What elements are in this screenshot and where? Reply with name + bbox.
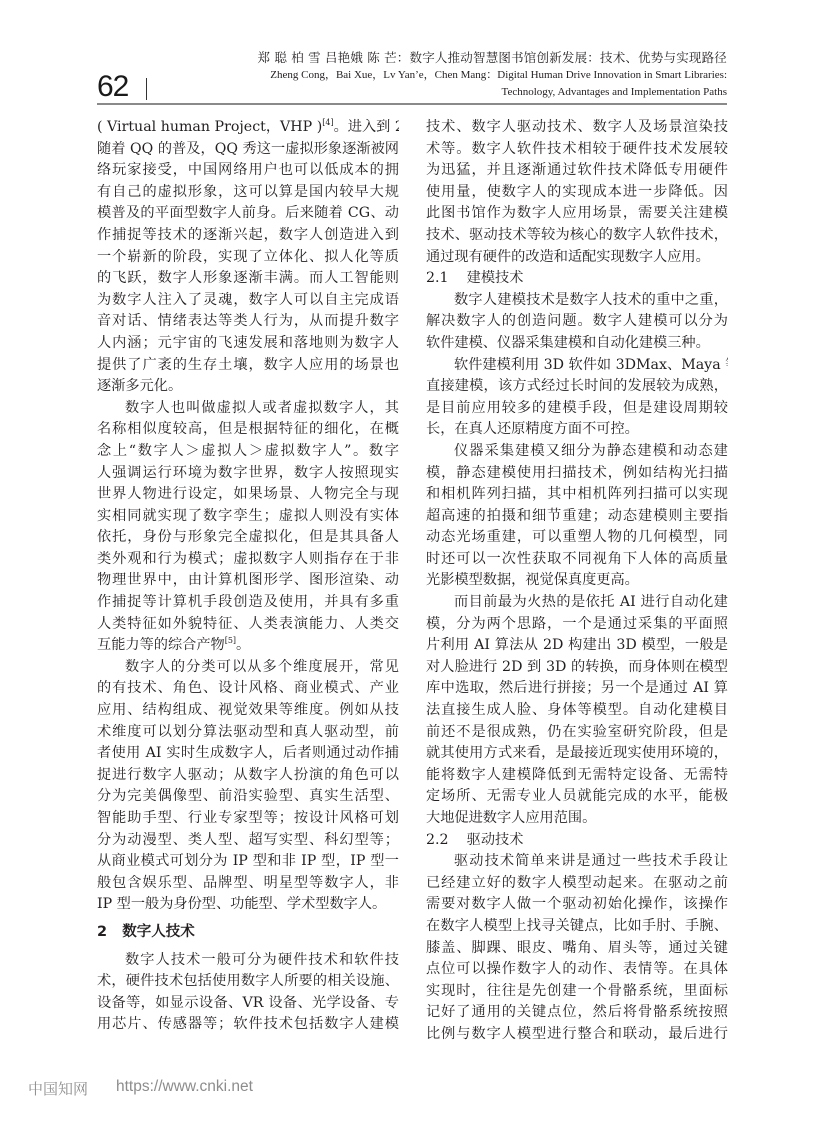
text-line: 为数字人注入了灵魂，数字人可以自主完成语 [97, 290, 399, 312]
text-line: 的飞跃，数字人形象逐渐丰满。而人工智能则 [97, 268, 399, 290]
text-line: 数字人也叫做虚拟人或者虚拟数字人，其 [97, 398, 399, 420]
text-line: 一个崭新的阶段，实现了立体化、拟人化等质 [97, 247, 399, 269]
text-line: 片利用 AI 算法从 2D 构建出 3D 模型，一般是 [426, 635, 728, 657]
text-line: 分为动漫型、类人型、超写实型、科幻型等； [97, 830, 399, 852]
text-line: 是目前应用较多的建模手段，但是建设周期较 [426, 398, 728, 420]
text-line: 实现时，往往是先创建一个骨骼系统，里面标 [426, 981, 728, 1003]
text-line: 念上“数字人＞虚拟人＞虚拟数字人”。数字 [97, 441, 399, 463]
running-header-cn: 郑 聪 柏 雪 吕艳娥 陈 芒：数字人推动智慧图书馆创新发展：技术、优势与实现路… [257, 49, 727, 67]
text-line: 实相同就实现了数字孪生；虚拟人则没有实体 [97, 506, 399, 528]
text-line: 提供了广袤的生存土壤，数字人应用的场景也 [97, 355, 399, 377]
text-line: 记好了通用的关键点位，然后将骨骼系统按照 [426, 1002, 728, 1024]
citation-ref[interactable]: [5] [225, 636, 236, 645]
body-paragraph-1: ( Virtual human Project，VHP )[4]。进入到 21 … [97, 117, 399, 398]
text-line: IP 型一般为身份型、功能型、学术型数字人。 [97, 894, 399, 916]
text-line: 库中选取，然后进行拼接；另一个是通过 AI 算 [426, 678, 728, 700]
body-paragraph-3: 数字人的分类可以从多个维度展开，常见 的有技术、角色、设计风格、商业模式、产业 … [97, 657, 399, 916]
text-line: 数字人技术一般可分为硬件技术和软件技 [97, 950, 399, 972]
text-line: 前还不是很成熟，仍在实验室研究阶段，但是 [426, 722, 728, 744]
right-column: 技术、数字人驱动技术、数字人及场景渲染技 术等。数字人软件技术相较于硬件技术发展… [426, 117, 728, 1046]
citation-ref[interactable]: [4] [322, 118, 333, 127]
footer-url-link[interactable]: https://www.cnki.net [116, 1078, 253, 1096]
page-number-separator [146, 78, 147, 100]
running-header: 郑 聪 柏 雪 吕艳娥 陈 芒：数字人推动智慧图书馆创新发展：技术、优势与实现路… [257, 49, 727, 101]
text-line: 仪器采集建模又细分为静态建模和动态建 [426, 441, 728, 463]
page-number: 62 [97, 70, 128, 104]
running-header-en-2: Technology, Advantages and Implementatio… [257, 84, 727, 101]
text-line: 智能助手型、行业专家型等；按设计风格可划 [97, 808, 399, 830]
body-paragraph-2: 数字人也叫做虚拟人或者虚拟数字人，其 名称相似度较高，但是根据特征的细化，在概 … [97, 398, 399, 657]
footer-brand: 中国知网 [28, 1078, 88, 1099]
text-line: 随着 QQ 的普及，QQ 秀这一虚拟形象逐渐被网 [97, 139, 399, 161]
text-line: 模普及的平面型数字人前身。后来随着 CG、动 [97, 203, 399, 225]
text-line: 模，静态建模使用扫描技术，例如结构光扫描 [426, 463, 728, 485]
text-line: 技术、数字人驱动技术、数字人及场景渲染技 [426, 117, 728, 139]
text-line: 已经建立好的数字人模型动起来。在驱动之前 [426, 873, 728, 895]
section-heading: 2 数字人技术 [97, 922, 399, 944]
text-line: 定场所、无需专业人员就能完成的水平，能极 [426, 786, 728, 808]
text-line: 软件建模利用 3D 软件如 3DMax、Maya 等 [426, 355, 728, 377]
text-line: 分为完美偶像型、前沿实验型、真实生活型、 [97, 786, 399, 808]
running-header-en-1: Zheng Cong，Bai Xue，Lv Yan’e，Chen Mang：Di… [257, 67, 727, 84]
text-line: 大地促进数字人应用范围。 [426, 808, 728, 830]
text-line: 超高速的拍摄和细节重建；动态建模则主要指 [426, 506, 728, 528]
text-line: 人类特征如外貌特征、人类表演能力、人类交 [97, 614, 399, 636]
text-line: 数字人建模技术是数字人技术的重中之重， [426, 290, 728, 312]
body-paragraph-6: 数字人建模技术是数字人技术的重中之重， 解决数字人的创造问题。数字人建模可以分为… [426, 290, 728, 830]
text-line: 长，在真人还原精度方面不可控。 [426, 419, 728, 441]
text-line: 和相机阵列扫描，其中相机阵列扫描可以实现 [426, 484, 728, 506]
text-line: 点位可以操作数字人的动作、表情等。在具体 [426, 959, 728, 981]
text-line: 而目前最为火热的是依托 AI 进行自动化建 [426, 592, 728, 614]
text-line: 应用、结构组成、视觉效果等维度。例如从技 [97, 700, 399, 722]
text-line: 比例与数字人模型进行整合和联动，最后进行 [426, 1024, 728, 1046]
text-line: 人强调运行环境为数字世界，数字人按照现实 [97, 463, 399, 485]
text-line: 般包含娱乐型、品牌型、明星型等数字人，非 [97, 873, 399, 895]
text-line: 需要对数字人做一个驱动初始化操作，该操作 [426, 894, 728, 916]
text-line: 数字人的分类可以从多个维度展开，常见 [97, 657, 399, 679]
header-rule [97, 103, 727, 105]
text-line: 者使用 AI 实时生成数字人，后者则通过动作捕 [97, 743, 399, 765]
text-line: 名称相似度较高，但是根据特征的细化，在概 [97, 419, 399, 441]
text-line: 术，硬件技术包括使用数字人所要的相关设施、 [97, 971, 399, 993]
text-line: 从商业模式可划分为 IP 型和非 IP 型，IP 型一 [97, 851, 399, 873]
text-line: 模，分为两个思路，一个是通过采集的平面照 [426, 614, 728, 636]
text-line: 能将数字人建模降低到无需特定设备、无需特 [426, 765, 728, 787]
text-line: 设备等，如显示设备、VR 设备、光学设备、专 [97, 993, 399, 1015]
text-line: 术维度可以划分算法驱动型和真人驱动型，前 [97, 722, 399, 744]
left-column: ( Virtual human Project，VHP )[4]。进入到 21 … [97, 117, 399, 1036]
text-line: 对人脸进行 2D 到 3D 的转换，而身体则在模型 [426, 657, 728, 679]
text-line: 通过现有硬件的改造和适配实现数字人应用。 [426, 247, 728, 269]
text-line: 捉进行数字人驱动；从数字人扮演的角色可以 [97, 765, 399, 787]
text-line: 作捕捉等技术的逐渐兴起，数字人创造进入到 [97, 225, 399, 247]
text-line: 术等。数字人软件技术相较于硬件技术发展较 [426, 139, 728, 161]
text-line: 为迅猛，并且逐渐通过软件技术降低专用硬件 [426, 160, 728, 182]
text-line: 的有技术、角色、设计风格、商业模式、产业 [97, 678, 399, 700]
subsection-heading: 2.1 建模技术 [426, 268, 728, 290]
text-line: 软件建模、仪器采集建模和自动化建模三种。 [426, 333, 728, 355]
text-line: 互能力等的综合产物[5]。 [97, 635, 399, 657]
text-line: 音对话、情绪表达等类人行为，从而提升数字 [97, 311, 399, 333]
text-line: ( Virtual human Project，VHP )[4]。进入到 21 … [97, 117, 399, 139]
text-line: 动态光场重建，可以重塑人物的几何模型，同 [426, 527, 728, 549]
text-line: 有自己的虚拟形象，这可以算是国内较早大规 [97, 182, 399, 204]
body-paragraph-4: 数字人技术一般可分为硬件技术和软件技 术，硬件技术包括使用数字人所要的相关设施、… [97, 950, 399, 1036]
text-line: 在数字人模型上找寻关键点，比如手肘、手腕、 [426, 916, 728, 938]
text-line: 络玩家接受，中国网络用户也可以低成本的拥 [97, 160, 399, 182]
text-line: 人内涵；元宇宙的飞速发展和落地则为数字人 [97, 333, 399, 355]
text-line: 时还可以一次性获取不同视角下人体的高质量 [426, 549, 728, 571]
text-line: 直接建模，该方式经过长时间的发展较为成熟， [426, 376, 728, 398]
body-paragraph-7: 驱动技术简单来讲是通过一些技术手段让 已经建立好的数字人模型动起来。在驱动之前 … [426, 851, 728, 1045]
text-line: 法直接生成人脸、身体等模型。自动化建模目 [426, 700, 728, 722]
text-line: 解决数字人的创造问题。数字人建模可以分为 [426, 311, 728, 333]
text-line: 作捕捉等计算机手段创造及使用，并具有多重 [97, 592, 399, 614]
text-line: 依托，身份与形象完全虚拟化，但是其具备人 [97, 527, 399, 549]
text-line: 驱动技术简单来讲是通过一些技术手段让 [426, 851, 728, 873]
text-line: 使用量，使数字人的实现成本进一步降低。因 [426, 182, 728, 204]
subsection-heading: 2.2 驱动技术 [426, 830, 728, 852]
text-line: 技术、驱动技术等较为核心的数字人软件技术， [426, 225, 728, 247]
text-line: 就其使用方式来看，是最接近现实使用环境的， [426, 743, 728, 765]
text-line: 类外观和行为模式；虚拟数字人则指存在于非 [97, 549, 399, 571]
body-paragraph-5: 技术、数字人驱动技术、数字人及场景渲染技 术等。数字人软件技术相较于硬件技术发展… [426, 117, 728, 268]
text-line: 世界人物进行设定，如果场景、人物完全与现 [97, 484, 399, 506]
text-line: 光影模型数据，视觉保真度更高。 [426, 570, 728, 592]
text-line: 此图书馆作为数字人应用场景，需要关注建模 [426, 203, 728, 225]
text-line: 逐渐多元化。 [97, 376, 399, 398]
text-line: 用芯片、传感器等；软件技术包括数字人建模 [97, 1014, 399, 1036]
text-line: 膝盖、脚踝、眼皮、嘴角、眉头等，通过关键 [426, 938, 728, 960]
text-line: 物理世界中，由计算机图形学、图形渲染、动 [97, 570, 399, 592]
